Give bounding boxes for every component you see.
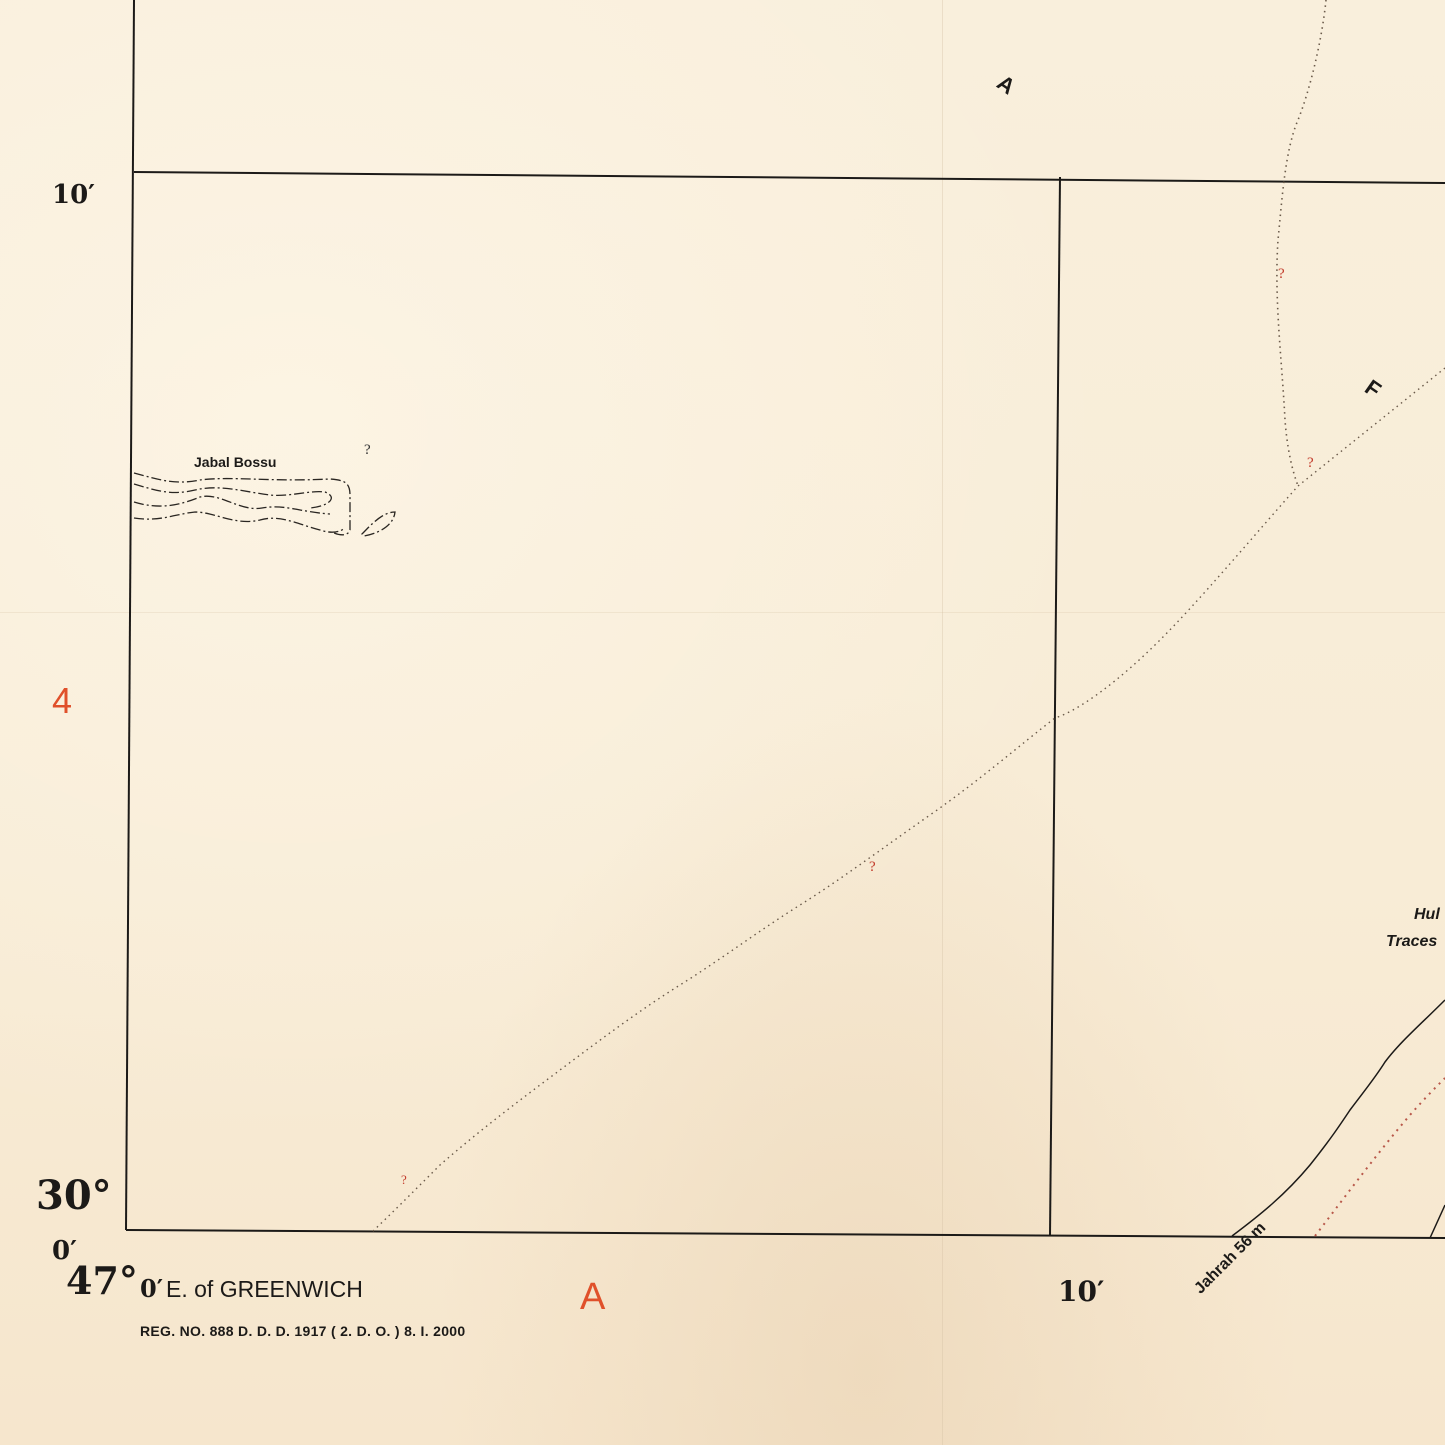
grid-number-left: 4 (52, 680, 72, 722)
longitude-label-0min: 0′ (140, 1274, 163, 1303)
grid-line-10min-east (1050, 177, 1060, 1236)
uncertain-mark: ? (401, 1172, 407, 1188)
coastline (1232, 1000, 1445, 1236)
dotted-track-north (1277, 0, 1326, 486)
uncertain-mark: ? (1307, 455, 1314, 472)
place-label-hul: Hul (1414, 906, 1440, 924)
uncertain-mark: ? (869, 859, 876, 876)
longitude-label-47deg: 47° (66, 1258, 138, 1303)
place-label-traces: Traces (1386, 933, 1437, 951)
latitude-label-10min: 10′ (52, 180, 95, 210)
longitude-suffix: E. of GREENWICH (166, 1276, 363, 1303)
dotted-track-diagonal (372, 368, 1445, 1232)
grid-lines (126, 0, 1445, 1238)
map-imprint: REG. NO. 888 D. D. D. 1917 ( 2. D. O. ) … (140, 1323, 465, 1339)
red-dotted-boundary (1315, 1078, 1445, 1236)
uncertain-mark: ? (364, 442, 371, 459)
place-label-jabal-bossu: Jabal Bossu (194, 454, 276, 470)
uncertain-mark: ? (1278, 266, 1285, 283)
jabal-bossu-relief (134, 473, 395, 536)
grid-letter-bottom: A (580, 1276, 605, 1319)
coastline-short (1430, 1205, 1445, 1238)
left-border-line (126, 0, 134, 1230)
map-linework (0, 0, 1445, 1445)
latitude-label-30deg: 30° (36, 1172, 112, 1219)
longitude-label-10min: 10′ (1058, 1275, 1104, 1308)
grid-line-10min-north (134, 172, 1445, 183)
